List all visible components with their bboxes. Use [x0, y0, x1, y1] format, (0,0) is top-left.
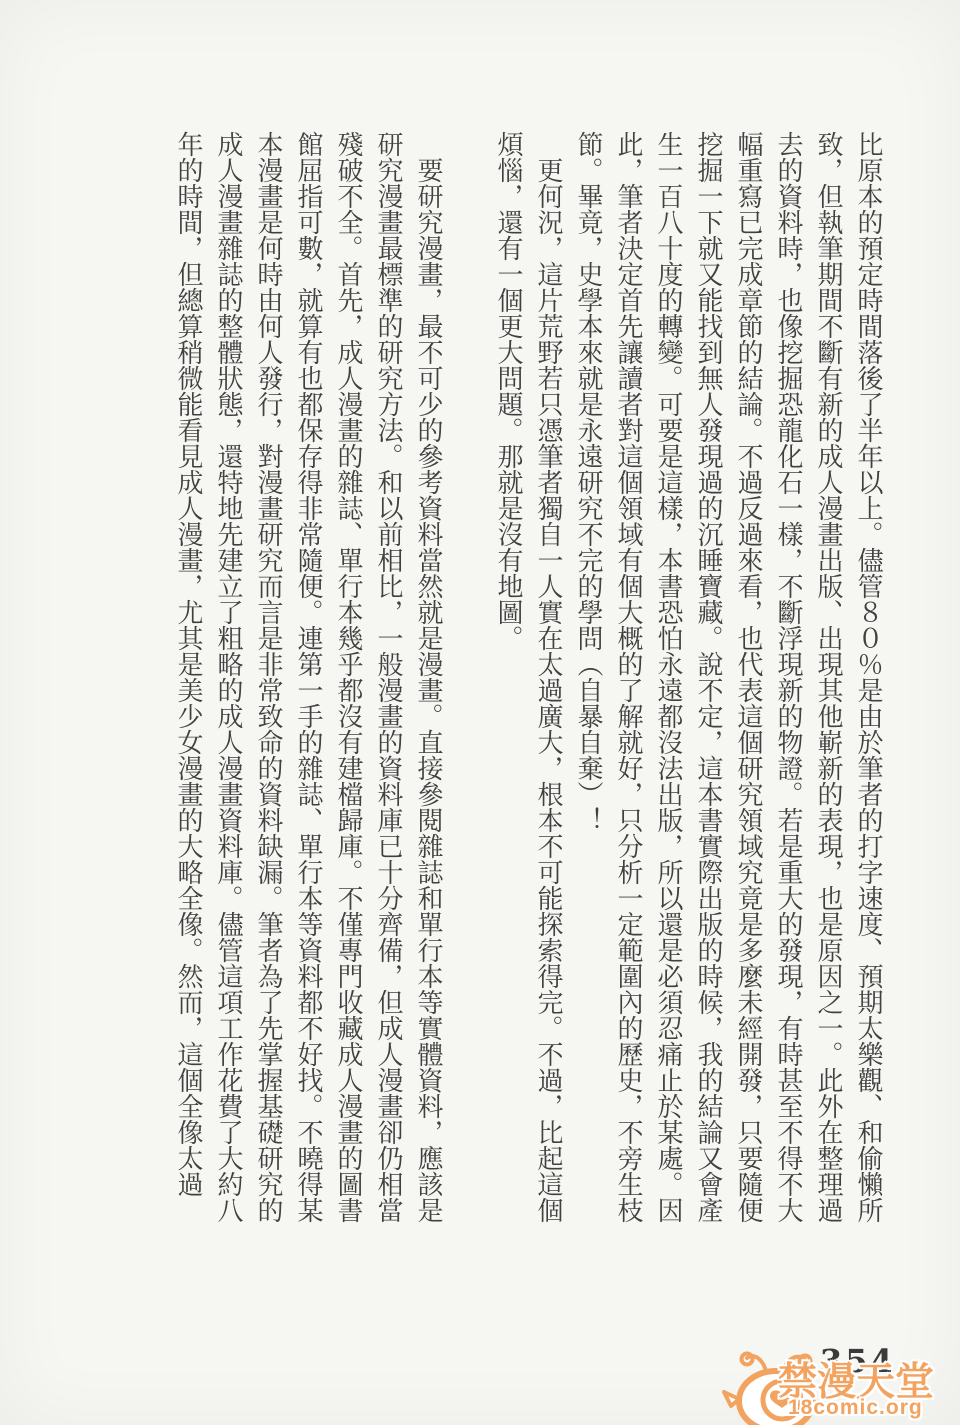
vertical-text-block: 比原本的預定時間落後了半年以上。儘管８０％是由於筆者的打字速度、預期太樂觀、和偷…	[164, 131, 888, 1231]
paragraph-continuation: 比原本的預定時間落後了半年以上。儘管８０％是由於筆者的打字速度、預期太樂觀、和偷…	[568, 131, 888, 1231]
watermark-site-url: 18comic.org	[788, 1396, 923, 1420]
paragraph: 更何況，這片荒野若只憑筆者獨自一人實在太過廣大，根本不可能探索得完。不過，比起這…	[488, 131, 568, 1231]
paragraph: 要研究漫畫，最不可少的參考資料當然就是漫畫。直接參閱雜誌和單行本等實體資料，應該…	[168, 131, 448, 1231]
watermark: 禁漫天堂 18comic.org	[722, 1349, 954, 1425]
